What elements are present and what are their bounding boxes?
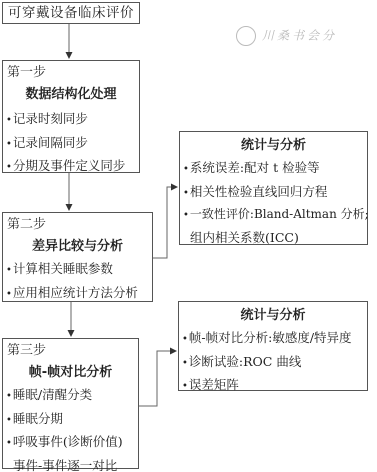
list-item: •误差矩阵 <box>179 374 367 398</box>
list-item-continuation: 组内相关系数(ICC) <box>180 227 367 249</box>
list-item: •计算相关睡眠参数 <box>3 258 152 282</box>
watermark-logo-icon <box>236 26 256 46</box>
step-2-box: 第二步 差异比较与分析 •计算相关睡眠参数 •应用相应统计方法分析 <box>2 212 153 302</box>
list-item: •记录时刻同步 <box>3 108 139 132</box>
list-item-continuation: 事件-事件逐一对比 <box>3 455 138 472</box>
step-heading: 数据结构化处理 <box>3 85 139 105</box>
step-3-box: 第三步 帧-帧对比分析 •睡眠/清醒分类 •睡眠分期 •呼吸事件(诊断价值) 事… <box>2 338 139 469</box>
stats-box-2: 统计与分析 •帧-帧对比分析:敏感度/特异度 •诊断试验:ROC 曲线 •误差矩… <box>178 301 368 391</box>
stats-heading: 统计与分析 <box>179 305 367 327</box>
list-item: •记录间隔同步 <box>3 132 139 156</box>
step-1-box: 第一步 数据结构化处理 •记录时刻同步 •记录间隔同步 •分期及事件定义同步 <box>2 60 140 173</box>
list-item: •睡眠/清醒分类 <box>3 384 138 408</box>
list-item: •系统误差:配对 t 检验等 <box>180 157 367 181</box>
list-item: •呼吸事件(诊断价值) <box>3 431 138 455</box>
step-heading: 差异比较与分析 <box>3 237 152 257</box>
watermark: 川桑书会分 <box>236 26 356 48</box>
list-item: •一致性评价:Bland-Altman 分析; <box>180 204 367 227</box>
list-item: •分期及事件定义同步 <box>3 155 139 179</box>
title: 可穿戴设备临床评价 <box>8 5 134 21</box>
stats-box-1: 统计与分析 •系统误差:配对 t 检验等 •相关性检验直线回归方程 •一致性评价… <box>179 131 368 245</box>
step-label: 第三步 <box>3 341 138 361</box>
list-item: •诊断试验:ROC 曲线 <box>179 351 367 375</box>
title-box: 可穿戴设备临床评价 <box>2 2 140 24</box>
step-label: 第二步 <box>3 215 152 235</box>
list-item: •帧-帧对比分析:敏感度/特异度 <box>179 327 367 351</box>
list-item: •应用相应统计方法分析 <box>3 282 152 306</box>
step-label: 第一步 <box>3 63 139 83</box>
step-heading: 帧-帧对比分析 <box>3 363 138 383</box>
list-item: •睡眠分期 <box>3 408 138 432</box>
stats-heading: 统计与分析 <box>180 135 367 157</box>
list-item: •相关性检验直线回归方程 <box>180 181 367 205</box>
